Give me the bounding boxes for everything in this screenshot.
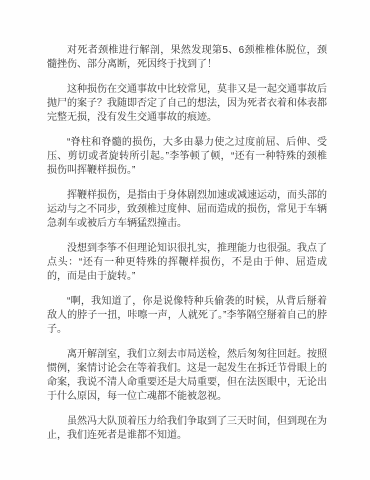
paragraph: “啊，我知道了，你是说像特种兵偷袭的时候，从背后掰着敌人的脖子一扭，咔嚓一声，人… <box>47 295 327 337</box>
paragraph: 离开解剖室，我们立刻去市局送检，然后匆匆往回赶。按照惯例，案情讨论会在等着我们。… <box>47 348 327 404</box>
paragraph: “脊柱和脊髓的损伤，大多由暴力使之过度前屈、后伸、受压、剪切或者旋转所引起。”李… <box>47 136 327 178</box>
paragraph: 对死者颈椎进行解剖，果然发现第5、6颈椎椎体脱位，颈髓挫伤、部分离断，死因终于找… <box>47 44 327 72</box>
paragraph: 这种损伤在交通事故中比较常见，莫非又是一起交通事故后抛尸的案子？我随即否定了自己… <box>47 83 327 125</box>
paragraph: 虽然冯大队顶着压力给我们争取到了三天时间，但到现在为止，我们连死者是谁都不知道。 <box>47 415 327 443</box>
reader-page[interactable]: 对死者颈椎进行解剖，果然发现第5、6颈椎椎体脱位，颈髓挫伤、部分离断，死因终于找… <box>0 0 370 480</box>
paragraph: 没想到李筝不但理论知识很扎实，推理能力也很强。我点了点头：“还有一种更特殊的挥鞭… <box>47 242 327 284</box>
paragraph: 挥鞭样损伤，是指由于身体剧烈加速或减速运动，而头部的运动与之不同步，致颈椎过度伸… <box>47 189 327 231</box>
